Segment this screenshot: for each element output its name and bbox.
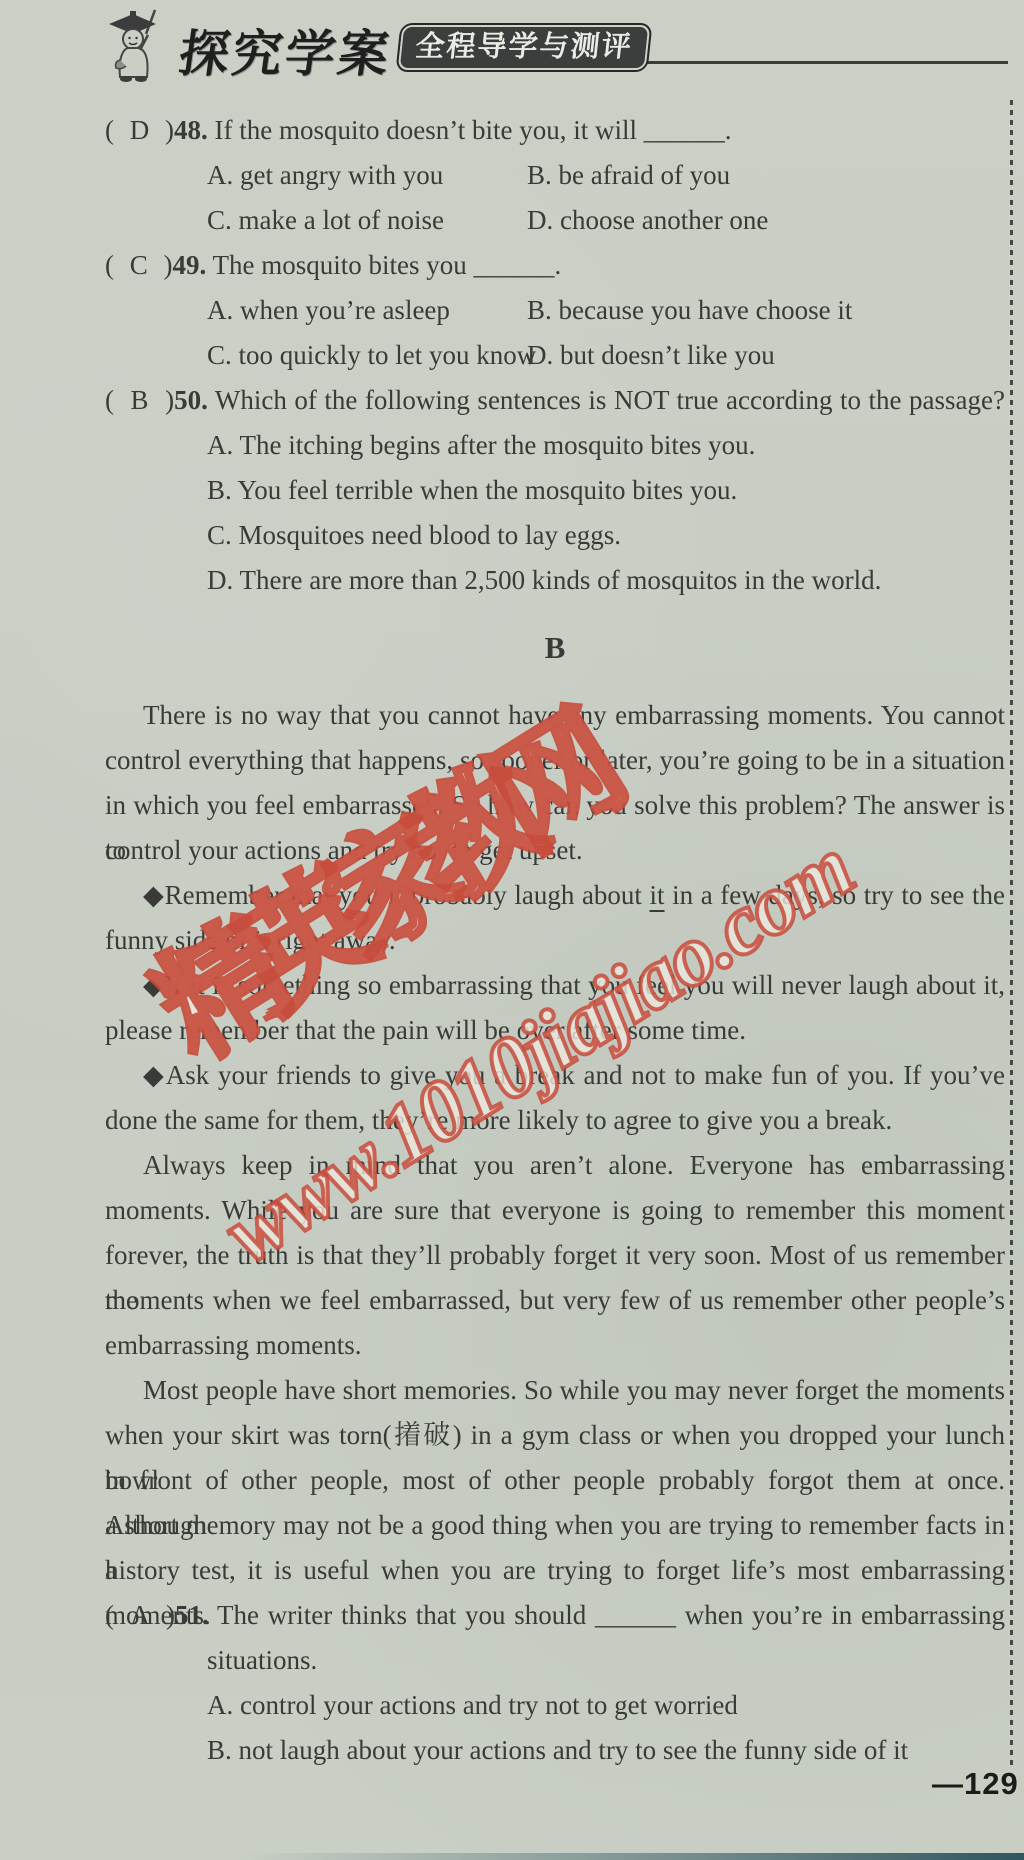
page-number: —129 bbox=[932, 1766, 1019, 1802]
passage-line: done the same for them, they’re more lik… bbox=[105, 1098, 1005, 1143]
question-48-stem: ( D )48. If the mosquito doesn’t bite yo… bbox=[105, 108, 1005, 153]
question-51-continuation: situations. bbox=[105, 1638, 1005, 1683]
passage-line: moments. While you are sure that everyon… bbox=[105, 1188, 1005, 1233]
option-50-d: D. There are more than 2,500 kinds of mo… bbox=[105, 558, 1005, 603]
answer-51: ( A ) bbox=[105, 1600, 175, 1630]
passage-line: funny side of it right away. bbox=[105, 918, 1005, 963]
passage-line: moments when we feel embarrassed, but ve… bbox=[105, 1278, 1005, 1323]
passage-line: Most people have short memories. So whil… bbox=[105, 1368, 1005, 1413]
passage-line: forever, the truth is that they’ll proba… bbox=[105, 1233, 1005, 1278]
option-49-a: A. when you’re asleep bbox=[207, 288, 450, 333]
option-49-c: C. too quickly to let you know bbox=[207, 333, 536, 378]
question-50-stem: ( B )50. Which of the following sentence… bbox=[105, 378, 1005, 423]
option-50-a: A. The itching begins after the mosquito… bbox=[105, 423, 1005, 468]
passage-line: in front of other people, most of other … bbox=[105, 1458, 1005, 1503]
passage-line: Always keep in mind that you aren’t alon… bbox=[105, 1143, 1005, 1188]
underlined-word: it bbox=[650, 880, 665, 910]
section-heading-b: B bbox=[105, 603, 1005, 693]
scholar-mascot-icon bbox=[96, 4, 170, 84]
option-50-c: C. Mosquitoes need blood to lay eggs. bbox=[105, 513, 1005, 558]
series-badge: 全程导学与测评 bbox=[398, 25, 651, 70]
passage-line: when your skirt was torn(撯破) in a gym cl… bbox=[105, 1413, 1005, 1458]
passage-line: control your actions and try not to get … bbox=[105, 828, 1005, 873]
passage-line: in which you feel embarrassed. So how ca… bbox=[105, 783, 1005, 828]
passage-bullet-line: ◆If it is something so embarrassing that… bbox=[105, 963, 1005, 1008]
question-51-stem: ( A )51. The writer thinks that you shou… bbox=[105, 1593, 1005, 1638]
passage-bullet-line: ◆Ask your friends to give you a break an… bbox=[105, 1053, 1005, 1098]
question-49-options-row1: A. when you’re asleep B. because you hav… bbox=[105, 288, 1005, 333]
option-49-b: B. because you have choose it bbox=[527, 288, 852, 333]
passage-bullet-line: ◆Remember that you’ll probably laugh abo… bbox=[105, 873, 1005, 918]
option-48-b: B. be afraid of you bbox=[527, 153, 730, 198]
option-49-d: D. but doesn’t like you bbox=[527, 333, 775, 378]
option-48-d: D. choose another one bbox=[527, 198, 768, 243]
answer-48: ( D ) bbox=[105, 115, 174, 145]
question-48-options-row1: A. get angry with you B. be afraid of yo… bbox=[105, 153, 1005, 198]
bottom-edge-strip bbox=[240, 1853, 1024, 1860]
text-column: ( D )48. If the mosquito doesn’t bite yo… bbox=[105, 108, 1005, 1773]
series-logo-text: 探究学案 bbox=[175, 14, 397, 86]
question-48-options-row2: C. make a lot of noise D. choose another… bbox=[105, 198, 1005, 243]
passage-line: history test, it is useful when you are … bbox=[105, 1548, 1005, 1593]
option-51-b: B. not laugh about your actions and try … bbox=[105, 1728, 1005, 1773]
option-50-b: B. You feel terrible when the mosquito b… bbox=[105, 468, 1005, 513]
option-48-a: A. get angry with you bbox=[207, 153, 443, 198]
question-49-stem: ( C )49. The mosquito bites you ______. bbox=[105, 243, 1005, 288]
passage-line: control everything that happens, so soon… bbox=[105, 738, 1005, 783]
passage-line: embarrassing moments. bbox=[105, 1323, 1005, 1368]
passage-line: a short memory may not be a good thing w… bbox=[105, 1503, 1005, 1548]
passage-line: There is no way that you cannot have any… bbox=[105, 693, 1005, 738]
answer-49: ( C ) bbox=[105, 250, 173, 280]
option-51-a: A. control your actions and try not to g… bbox=[105, 1683, 1005, 1728]
question-49-options-row2: C. too quickly to let you know D. but do… bbox=[105, 333, 1005, 378]
passage-line: please remember that the pain will be ov… bbox=[105, 1008, 1005, 1053]
option-48-c: C. make a lot of noise bbox=[207, 198, 444, 243]
answer-50: ( B ) bbox=[105, 385, 174, 415]
right-dotted-rule bbox=[1010, 100, 1013, 1765]
